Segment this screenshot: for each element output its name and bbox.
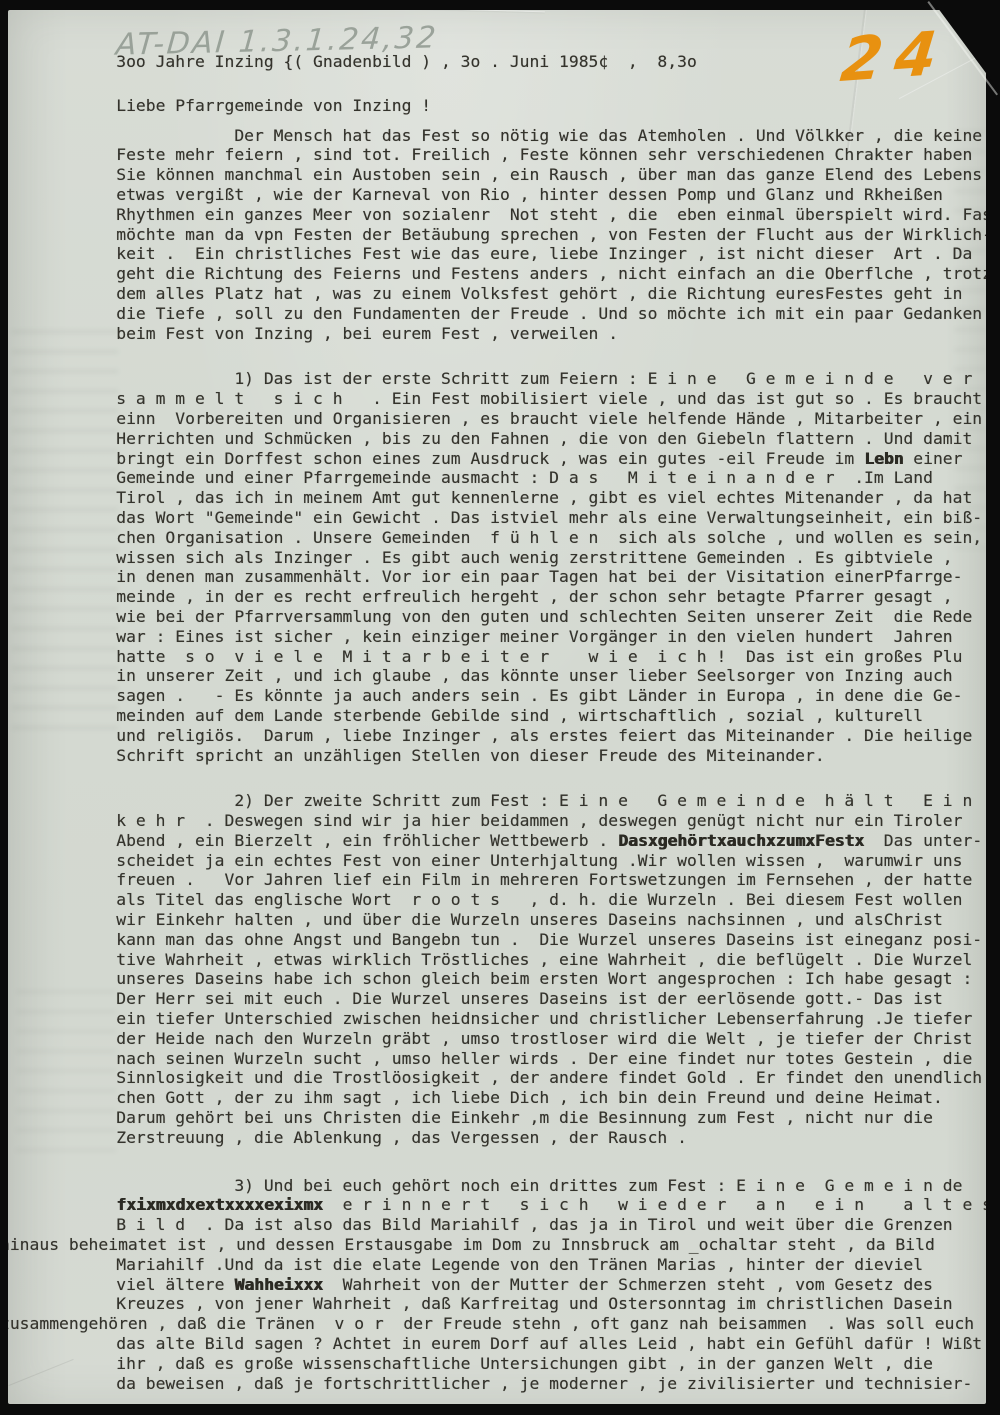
paper-sheet: AT-DAI 1.3.1.24,32 24 3oo Jahre Inzing {… bbox=[8, 10, 986, 1404]
typed-line: sagen . - Es könnte ja auch anders sein … bbox=[8, 686, 992, 706]
typed-line: ihr , daß es große wissenschaftliche Unt… bbox=[8, 1354, 992, 1374]
typed-line: dem alles Platz hat , was zu einem Volks… bbox=[8, 284, 992, 304]
scanned-document-page: AT-DAI 1.3.1.24,32 24 3oo Jahre Inzing {… bbox=[0, 0, 1000, 1415]
scan-border-right bbox=[986, 0, 1000, 1415]
typed-line: war : Eines ist sicher , kein einziger m… bbox=[8, 627, 992, 647]
scan-border-top bbox=[0, 0, 1000, 10]
typed-line: hinaus beheimatet ist , und dessen Ersta… bbox=[0, 1235, 992, 1255]
page-number-annotation: 24 bbox=[837, 18, 952, 96]
typed-line: chen Organisation . Unsere Gemeinden f ü… bbox=[8, 528, 992, 548]
typed-line: meinden auf dem Lande sterbende Gebilde … bbox=[8, 706, 992, 726]
typed-line: Tirol , das ich in meinem Amt gut kennen… bbox=[8, 488, 992, 508]
scan-border-bottom bbox=[0, 1404, 1000, 1415]
typed-line: Herrichten und Schmücken , bis zu den Fa… bbox=[8, 429, 992, 449]
typed-line: Feste mehr feiern , sind tot. Freilich ,… bbox=[8, 145, 992, 165]
typed-line: keit . Ein christliches Fest wie das eur… bbox=[8, 244, 992, 264]
typed-line: hatte s o v i e l e M i t a r b e i t e … bbox=[8, 647, 992, 667]
typed-line: 3) Und bei euch gehört noch ein drittes … bbox=[8, 1176, 992, 1196]
typed-text-block: 3oo Jahre Inzing {( Gnadenbild ) , 3o . … bbox=[8, 52, 992, 1393]
typed-line: meinde , in der es recht erfreulich herg… bbox=[8, 587, 992, 607]
overstruck-text: fxixmxdxextxxxxexixmx bbox=[116, 1195, 323, 1214]
typed-line: einn Vorbereiten und Organisieren , es b… bbox=[8, 409, 992, 429]
typed-line: Der Mensch hat das Fest so nötig wie das… bbox=[8, 126, 992, 146]
typed-line: geht die Richtung des Feierns und Festen… bbox=[8, 264, 992, 284]
typed-line: in denen man zusammenhält. Vor ior ein p… bbox=[8, 567, 992, 587]
typed-line: freuen . Vor Jahren lief ein Film in meh… bbox=[8, 870, 992, 890]
typed-line: k e h r . Deswegen sind wir ja hier beid… bbox=[8, 811, 992, 831]
typed-line: Kreuzes , von jener Wahrheit , daß Karfr… bbox=[8, 1294, 992, 1314]
typed-line: das alte Bild sagen ? Achtet in eurem Do… bbox=[8, 1334, 992, 1354]
typed-line: da beweisen , daß je fortschrittlicher ,… bbox=[8, 1374, 992, 1394]
typed-line: Darum gehört bei uns Christen die Einkeh… bbox=[8, 1108, 992, 1128]
typed-line: Gemeinde und einer Pfarrgemeinde ausmach… bbox=[8, 468, 992, 488]
typed-line: nach seinen Wurzeln sucht , umso heller … bbox=[8, 1049, 992, 1069]
typed-line: chen Gott , der zu ihm sagt , ich liebe … bbox=[8, 1088, 992, 1108]
typed-line: unseres Daseins habe ich schon gleich be… bbox=[8, 969, 992, 989]
archive-code-annotation: AT-DAI 1.3.1.24,32 bbox=[115, 20, 440, 62]
typed-line: Zerstreuung , die Ablenkung , das Verges… bbox=[8, 1128, 992, 1148]
typed-line: fxixmxdxextxxxxexixmx e r i n n e r t s … bbox=[8, 1195, 992, 1215]
typed-line: kann man das ohne Angst und Bangebn tun … bbox=[8, 930, 992, 950]
typed-line: möchte man da vpn Festen der Betäubung s… bbox=[8, 225, 992, 245]
typed-line: B i l d . Da ist also das Bild Mariahilf… bbox=[8, 1215, 992, 1235]
typed-line: Abend , ein Bierzelt , ein fröhlicher We… bbox=[8, 831, 992, 851]
overstruck-text: Lebn bbox=[864, 449, 903, 468]
typed-line: Liebe Pfarrgemeinde von Inzing ! bbox=[8, 96, 992, 116]
typed-line: tive Wahrheit , etwas wirklich Tröstlich… bbox=[8, 950, 992, 970]
typed-line: beim Fest von Inzing , bei eurem Fest , … bbox=[8, 324, 992, 344]
typed-line: wie bei der Pfarrversammlung von den gut… bbox=[8, 607, 992, 627]
typed-line: 1) Das ist der erste Schritt zum Feiern … bbox=[8, 369, 992, 389]
typed-line: der Heide nach den Wurzeln gräbt , umso … bbox=[8, 1029, 992, 1049]
typed-line: ein tiefer Unterschied zwischen heidnsic… bbox=[8, 1009, 992, 1029]
typed-line: etwas vergißt , wie der Karneval von Rio… bbox=[8, 185, 992, 205]
scan-border-left bbox=[0, 0, 8, 1415]
typed-line: Sinnlosigkeit und die Trostlöosigkeit , … bbox=[8, 1068, 992, 1088]
typed-line: Mariahilf .Und da ist die elate Legende … bbox=[8, 1255, 992, 1275]
typed-line: zusammengehören , daß die Tränen v o r d… bbox=[0, 1314, 992, 1334]
typed-line: bringt ein Dorffest schon eines zum Ausd… bbox=[8, 449, 992, 469]
overstruck-text: Wahheixxx bbox=[234, 1275, 323, 1294]
typed-line: und religiös. Darum , liebe Inzinger , a… bbox=[8, 726, 992, 746]
typed-line: 2) Der zweite Schritt zum Fest : E i n e… bbox=[8, 791, 992, 811]
typed-line: als Titel das englische Wort r o o t s ,… bbox=[8, 890, 992, 910]
typed-line: scheidet ja ein echtes Fest von einer Un… bbox=[8, 851, 992, 871]
typed-line: Der Herr sei mit euch . Die Wurzel unser… bbox=[8, 989, 992, 1009]
typed-line: s a m m e l t s i c h . Ein Fest mobilis… bbox=[8, 389, 992, 409]
typed-line: Sie können manchmal ein Austoben sein , … bbox=[8, 165, 992, 185]
overstruck-text: DasxgehörtxauchxzumxFestx bbox=[618, 831, 864, 850]
typed-line: das Wort "Gemeinde" ein Gewicht . Das is… bbox=[8, 508, 992, 528]
typed-line: Schrift spricht an unzähligen Stellen vo… bbox=[8, 746, 992, 766]
typed-line: wissen sich als Inzinger . Es gibt auch … bbox=[8, 548, 992, 568]
typed-line: in unserer Zeit , und ich glaube , das k… bbox=[8, 666, 992, 686]
typed-line: viel ältere Wahheixxx Wahrheit von der M… bbox=[8, 1275, 992, 1295]
typed-line: wir Einkehr halten , und über die Wurzel… bbox=[8, 910, 992, 930]
typed-line: Rhythmen ein ganzes Meer von sozialenr N… bbox=[8, 205, 992, 225]
typed-line: die Tiefe , soll zu den Fundamenten der … bbox=[8, 304, 992, 324]
